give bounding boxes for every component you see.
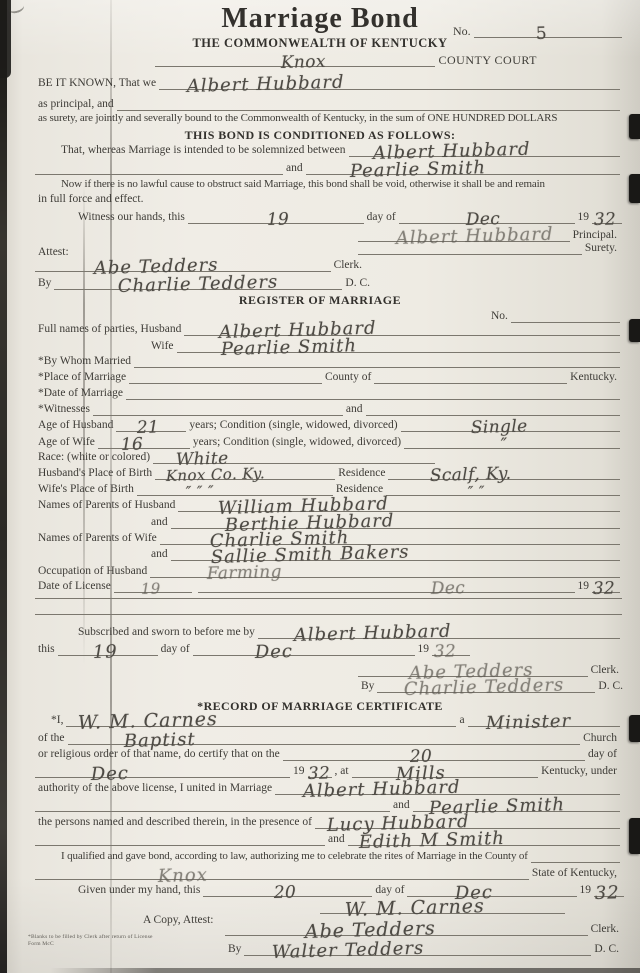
church-label: Church — [580, 732, 620, 745]
witness-date-row: Witness our hands, this 19 day of Dec 19… — [75, 210, 622, 224]
solemnized-label: That, whereas Marriage is intended to be… — [58, 144, 349, 157]
denomination-line: Baptist — [68, 731, 581, 745]
blank-line — [531, 849, 620, 863]
witnesses-row: *Witnesses and — [35, 402, 620, 416]
husband-name-line: Albert Hubbard — [184, 322, 620, 336]
county-handwritten: Knox — [281, 56, 326, 70]
year-prefix: 19 — [575, 211, 593, 224]
witness1-line — [93, 402, 343, 416]
bond-clerk-line: Abe Tedders — [35, 258, 331, 272]
blank-line — [35, 161, 283, 175]
cert-year-prefix: 19 — [290, 765, 308, 778]
husband-mother-line: Berthie Hubbard — [171, 515, 620, 529]
united-groom-handwritten: Albert Hubbard — [302, 781, 460, 798]
principal-name-line: Albert Hubbard — [159, 76, 620, 90]
cert-day-of-label: day of — [585, 748, 620, 761]
husband-birth-line: Knox Co. Ky. — [155, 466, 335, 480]
united-bride-row: and Pearlie Smith — [35, 798, 620, 812]
license-year-line: 32 — [592, 579, 620, 593]
surety-clause-row: as surety, are jointly and severally bou… — [35, 112, 626, 125]
scan-bottom-edge — [50, 968, 640, 973]
as-principal-row: as principal, and — [35, 97, 620, 111]
wife-mother-handwritten: Sallie Smith Bakers — [211, 545, 410, 564]
bride-line: Pearlie Smith — [306, 161, 620, 175]
blank-line — [35, 798, 390, 812]
united-bride-line: Pearlie Smith — [413, 798, 620, 812]
parents-wife-and-label: and — [148, 548, 171, 561]
ky-under-label: Kentucky, under — [538, 765, 620, 778]
sworn-day-line: 19 — [58, 642, 158, 656]
witness1-cert-line: Lucy Hubbard — [315, 815, 620, 829]
footnote-line1: *Blanks to be filled by Clerk after retu… — [28, 934, 238, 941]
witness-year-line: 32 — [592, 210, 622, 224]
sworn-clerk-row: Abe Tedders Clerk. — [358, 663, 622, 677]
groom-line: Albert Hubbard — [349, 143, 620, 157]
cert-month-place-row: Dec 19 32 , at Mills Kentucky, under — [35, 764, 620, 778]
united-and-label: and — [390, 799, 413, 812]
certificate-a-label: a — [456, 714, 467, 727]
place-label: *Place of Marriage — [35, 371, 129, 384]
place-of-marriage-row: *Place of Marriage County of Kentucky. — [35, 370, 620, 384]
binding-tab — [629, 715, 640, 742]
sworn-year-handwritten: 32 — [433, 645, 456, 659]
license-year-handwritten: 32 — [592, 582, 615, 596]
age-wife-line: 16 — [98, 435, 190, 449]
at-label: , at — [332, 765, 352, 778]
age-wife-label: Age of Wife — [35, 436, 98, 449]
given-year-prefix: 19 — [577, 884, 595, 897]
sworn-dc-label: D. C. — [595, 680, 626, 693]
cert-county-line: Knox — [35, 866, 529, 880]
minister-name-line: W. M. Carnes — [66, 713, 456, 727]
cert-place-line: Mills — [352, 764, 539, 778]
binding-tab — [629, 818, 640, 854]
register-number-row: No. — [488, 309, 620, 323]
final-clerk-label: Clerk. — [588, 923, 622, 936]
divider-rule — [35, 614, 622, 615]
sworn-year-line: 32 — [432, 642, 470, 656]
solemnized-row: That, whereas Marriage is intended to be… — [58, 143, 620, 157]
parents-husband-label: Names of Parents of Husband — [35, 499, 178, 512]
condition-husband-label: years; Condition (single, widowed, divor… — [186, 419, 400, 432]
condition-wife-label: years; Condition (single, widowed, divor… — [190, 436, 404, 449]
full-names-label: Full names of parties, Husband — [35, 323, 184, 336]
of-the-label: of the — [35, 732, 68, 745]
sworn-name-handwritten: Albert Hubbard — [294, 625, 452, 642]
wife-label: Wife — [148, 340, 177, 353]
wife-name-row: Wife Pearlie Smith — [148, 339, 620, 353]
age-husband-line: 21 — [116, 418, 186, 432]
register-number-line — [511, 309, 620, 323]
license-day-line: 19 — [114, 579, 192, 593]
wife-name-line: Pearlie Smith — [177, 339, 620, 353]
witness-year-handwritten: 32 — [593, 213, 616, 227]
date-of-marriage-label: *Date of Marriage — [35, 387, 126, 400]
husband-birth-label: Husband's Place of Birth — [35, 467, 155, 480]
void-clause-row1: Now if there is no lawful cause to obstr… — [58, 178, 630, 191]
county-court-row: Knox COUNTY COURT — [155, 53, 540, 67]
surety-label: Surety. — [582, 242, 620, 255]
cert-month-line: Dec — [35, 764, 290, 778]
wife-birth-row: Wife's Place of Birth ″ ″ ″ Residence ″ … — [35, 482, 620, 496]
sworn-row: Subscribed and sworn to before me by Alb… — [75, 625, 620, 639]
state-label: State of Kentucky, — [529, 867, 620, 880]
occupation-row: Occupation of Husband Farming — [35, 564, 620, 578]
surety-name-line — [117, 97, 620, 111]
husband-residence-handwritten: Scalf, Ky. — [430, 468, 512, 483]
presence-row: the persons named and described therein,… — [35, 815, 620, 829]
witness2-line — [366, 402, 620, 416]
qualified-label: I qualified and gave bond, according to … — [58, 850, 531, 863]
license-year-prefix: 19 — [575, 580, 593, 593]
age-husband-row: Age of Husband 21 years; Condition (sing… — [35, 418, 620, 432]
husband-birth-handwritten: Knox Co. Ky. — [166, 467, 266, 483]
race-row: Race: (white or colored) White — [35, 450, 435, 464]
bond-clerk-handwritten: Abe Tedders — [94, 259, 219, 275]
sworn-clerk-label: Clerk. — [588, 664, 622, 677]
binding-tab — [629, 319, 640, 342]
and-label: and — [283, 162, 306, 175]
cert-county-handwritten: Knox — [158, 869, 208, 883]
given-row: Given under my hand, this 20 day of Dec … — [75, 883, 624, 897]
denomination-row: of the Baptist Church — [35, 731, 620, 745]
final-clerk-line: Abe Tedders — [225, 922, 588, 936]
husband-father-line: William Hubbard — [178, 498, 620, 512]
final-clerk-handwritten: Abe Tedders — [304, 922, 435, 939]
copy-attest-label: A Copy, Attest: — [140, 914, 217, 927]
be-it-known-row: BE IT KNOWN, That we Albert Hubbard — [35, 76, 620, 90]
final-deputy-handwritten: Walter Tedders — [272, 942, 425, 959]
footnote: *Blanks to be filled by Clerk after retu… — [28, 934, 238, 948]
authority-label: authority of the above license, I united… — [35, 782, 275, 795]
sworn-name-line: Albert Hubbard — [258, 625, 620, 639]
sworn-year-prefix: 19 — [415, 643, 433, 656]
sworn-day-handwritten: 19 — [92, 645, 117, 659]
age-wife-row: Age of Wife 16 years; Condition (single,… — [35, 435, 620, 449]
parents-husband-row: Names of Parents of Husband William Hubb… — [35, 498, 620, 512]
sworn-deputy-line: Charlie Tedders — [377, 679, 595, 693]
qualified-row: I qualified and gave bond, according to … — [58, 849, 620, 863]
parents-wife-label: Names of Parents of Wife — [35, 532, 160, 545]
certify-day-row: or religious order of that name, do cert… — [35, 747, 620, 761]
condition-husband-line: Single — [401, 418, 620, 432]
void-clause-line2: in full force and effect. — [35, 193, 146, 206]
united-groom-line: Albert Hubbard — [275, 781, 620, 795]
race-label: Race: (white or colored) — [35, 451, 153, 464]
cert-day-line: 20 — [283, 747, 585, 761]
minister-signature-line: W. M. Carnes — [320, 900, 565, 914]
void-clause-row2: in full force and effect. — [35, 193, 146, 206]
witness-label: Witness our hands, this — [75, 211, 188, 224]
cert-year-line: 32 — [308, 764, 332, 778]
husband-residence-line: Scalf, Ky. — [388, 466, 620, 480]
bond-clerk-row: Abe Tedders Clerk. — [35, 258, 365, 272]
full-names-row: Full names of parties, Husband Albert Hu… — [35, 322, 620, 336]
witness2-handwritten: Edith M Smith — [358, 832, 504, 849]
minister-role-handwritten: Minister — [485, 715, 571, 730]
given-year-handwritten: 32 — [594, 886, 619, 900]
wife-mother-line: Sallie Smith Bakers — [171, 547, 620, 561]
minister-signature-handwritten: W. M. Carnes — [344, 900, 484, 917]
denomination-handwritten: Baptist — [124, 733, 196, 748]
surety-clause: as surety, are jointly and severally bou… — [35, 112, 560, 125]
conditioned-heading: THIS BOND IS CONDITIONED AS FOLLOWS: — [0, 128, 640, 143]
county-court-label: COUNTY COURT — [435, 54, 540, 67]
husband-residence-label: Residence — [335, 467, 388, 480]
parents-husband-and-row: and Berthie Hubbard — [148, 515, 620, 529]
minister-row: *I, W. M. Carnes a Minister — [48, 713, 620, 727]
be-it-known-label: BE IT KNOWN, That we — [35, 77, 159, 90]
divider-rule — [35, 598, 622, 599]
condition-wife-handwritten: ″ — [501, 439, 508, 452]
presence-and-row: and Edith M Smith — [35, 832, 620, 846]
sworn-this-label: this — [35, 643, 58, 656]
bond-deputy-handwritten: Charlie Tedders — [117, 276, 278, 293]
day-of-label: day of — [364, 211, 399, 224]
clerk-label: Clerk. — [331, 259, 365, 272]
bond-deputy-row: By Charlie Tedders D. C. — [35, 276, 373, 290]
sworn-month-line: Dec — [193, 642, 415, 656]
sworn-deputy-handwritten: Charlie Tedders — [403, 679, 564, 696]
binding-tab — [629, 174, 640, 203]
age-husband-handwritten: 21 — [137, 421, 160, 435]
final-deputy-line: Walter Tedders — [244, 942, 591, 956]
license-date-row: Date of License 19 Dec 19 32 — [35, 579, 620, 593]
order-label: or religious order of that name, do cert… — [35, 748, 283, 761]
given-day-of-label: day of — [372, 884, 407, 897]
occupation-label: Occupation of Husband — [35, 565, 150, 578]
witnesses-label: *Witnesses — [35, 403, 93, 416]
kentucky-label: Kentucky. — [567, 371, 620, 384]
given-day-line: 20 — [203, 883, 372, 897]
cert-county-row: Knox State of Kentucky, — [35, 866, 620, 880]
copy-attest-row: A Copy, Attest: — [140, 914, 217, 927]
husband-birth-row: Husband's Place of Birth Knox Co. Ky. Re… — [35, 466, 620, 480]
blank-line — [35, 832, 325, 846]
given-label: Given under my hand, this — [75, 884, 203, 897]
bond-deputy-line: Charlie Tedders — [54, 276, 342, 290]
race-line: White — [153, 450, 435, 464]
sworn-date-row: this 19 day of Dec 19 32 — [35, 642, 470, 656]
condition-wife-line: ″ — [404, 435, 620, 449]
cert-day-handwritten: 20 — [409, 750, 432, 764]
principal-signature-line: Albert Hubbard — [358, 228, 570, 242]
given-month-line: Dec — [407, 883, 576, 897]
by-whom-row: *By Whom Married — [35, 354, 620, 368]
scanned-marriage-bond-document: Marriage Bond No. 5 THE COMMONWEALTH OF … — [0, 0, 640, 973]
age-husband-label: Age of Husband — [35, 419, 116, 432]
footnote-line2: Form McC — [28, 941, 238, 948]
wife-birth-line: ″ ″ ″ — [137, 482, 333, 496]
void-clause-line1: Now if there is no lawful cause to obstr… — [58, 178, 548, 191]
given-day-handwritten: 20 — [274, 886, 297, 900]
minister-name-handwritten: W. M. Carnes — [78, 713, 218, 730]
given-year-line: 32 — [594, 883, 624, 897]
sworn-deputy-row: By Charlie Tedders D. C. — [358, 679, 626, 693]
witness2-cert-line: Edith M Smith — [348, 832, 620, 846]
date-of-marriage-row: *Date of Marriage — [35, 386, 620, 400]
by-whom-label: *By Whom Married — [35, 355, 134, 368]
witness-month-line: Dec — [399, 210, 575, 224]
presence-and-label: and — [325, 833, 348, 846]
sworn-by-label: By — [358, 680, 377, 693]
witness-day-line: 19 — [188, 210, 364, 224]
date-of-marriage-line — [126, 386, 620, 400]
cert-month-handwritten: Dec — [91, 767, 130, 781]
presence-label: the persons named and described therein,… — [35, 816, 315, 829]
commonwealth-heading: THE COMMONWEALTH OF KENTUCKY — [0, 36, 640, 51]
sworn-day-of-label: day of — [158, 643, 193, 656]
final-deputy-row: By Walter Tedders D. C. — [225, 942, 622, 956]
surety-signature-row: Surety. — [358, 241, 620, 255]
wife-birth-handwritten: ″ ″ ″ — [185, 485, 214, 499]
county-line: Knox — [155, 53, 435, 67]
wife-residence-line: ″ ″ — [386, 482, 620, 496]
minister-signature-row: W. M. Carnes — [320, 900, 565, 914]
license-month-handwritten: Dec — [431, 582, 466, 596]
wife-residence-handwritten: ″ ″ — [468, 486, 486, 499]
surety-signature-line — [358, 241, 582, 255]
place-line — [129, 370, 322, 384]
county-line-register — [374, 370, 567, 384]
license-month-line: Dec — [198, 579, 575, 593]
final-dc-label: D. C. — [591, 943, 622, 956]
witness-day-handwritten: 19 — [267, 213, 290, 227]
by-label: By — [35, 277, 54, 290]
license-label: Date of License — [35, 580, 114, 593]
united-row: authority of the above license, I united… — [35, 781, 620, 795]
scan-left-edge — [0, 0, 7, 973]
witnesses-and-label: and — [343, 403, 366, 416]
cert-year-handwritten: 32 — [308, 767, 331, 781]
county-of-label: County of — [322, 371, 374, 384]
and-bride-row: and Pearlie Smith — [35, 161, 620, 175]
by-whom-line — [134, 354, 620, 368]
principal-name-handwritten: Albert Hubbard — [186, 76, 344, 93]
minister-role-line: Minister — [468, 713, 620, 727]
final-clerk-row: Abe Tedders Clerk. — [225, 922, 622, 936]
wife-birth-label: Wife's Place of Birth — [35, 483, 137, 496]
certificate-i-label: *I, — [48, 714, 66, 727]
sworn-month-handwritten: Dec — [254, 645, 293, 659]
condition-husband-handwritten: Single — [470, 420, 527, 435]
principal-signature-row: Albert Hubbard Principal. — [358, 228, 620, 242]
parents-wife-and-row: and Sallie Smith Bakers — [148, 547, 620, 561]
sworn-label: Subscribed and sworn to before me by — [75, 626, 258, 639]
bride-handwritten: Pearlie Smith — [349, 161, 485, 178]
register-title: REGISTER OF MARRIAGE — [0, 293, 640, 308]
dc-label: D. C. — [342, 277, 373, 290]
as-principal-label: as principal, and — [35, 98, 117, 111]
parents-husband-and-label: and — [148, 516, 171, 529]
occupation-line: Farming — [150, 564, 620, 578]
license-day-handwritten: 19 — [141, 582, 161, 596]
